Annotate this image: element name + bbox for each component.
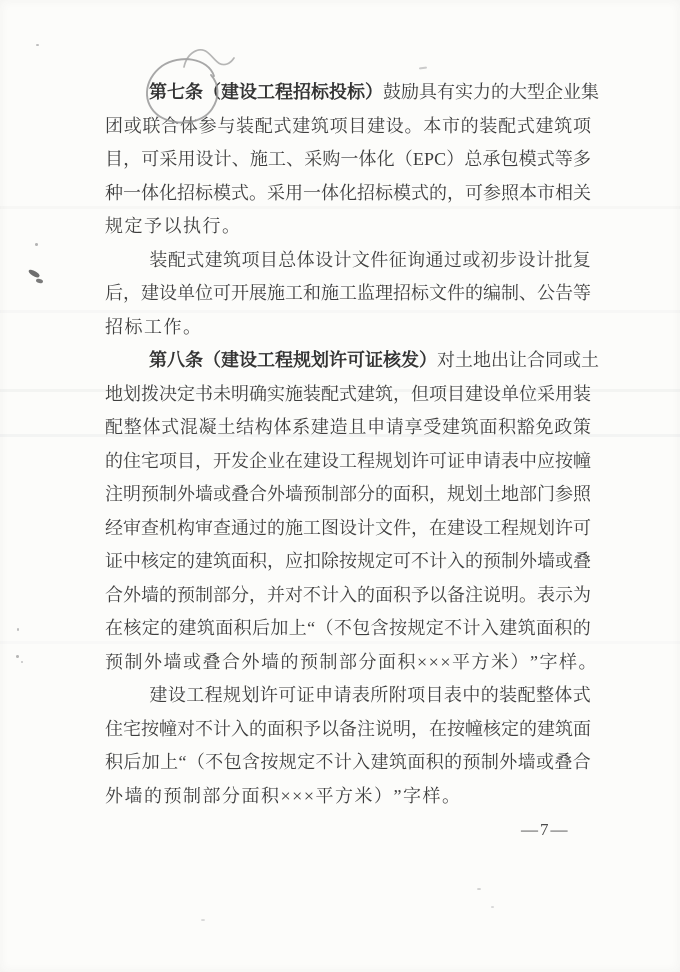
scan-speck — [35, 243, 38, 246]
text-line: 种一体化招标模式。采用一体化招标模式的，可参照本市相关 — [105, 177, 591, 211]
text-line: 合外墙的预制部分，并对不计入的面积予以备注说明。表示为 — [105, 579, 591, 613]
text-line: 预制外墙或叠合外墙的预制部分面积×××平方米）”字样。 — [105, 646, 591, 680]
text-line: 注明预制外墙或叠合外墙预制部分的面积，规划土地部门参照 — [105, 478, 591, 512]
scan-speck — [21, 661, 23, 663]
handwritten-circle-annotation — [134, 46, 242, 132]
scan-speck — [477, 888, 481, 890]
scan-speck — [201, 919, 205, 921]
scan-speck — [17, 628, 19, 631]
page-number: —7— — [521, 820, 570, 840]
scan-speck — [16, 655, 19, 658]
scan-speck — [36, 278, 44, 284]
text-line: 招标工作。 — [105, 311, 591, 345]
text-line: 积后加上“（不包含按规定不计入建筑面积的预制外墙或叠合 — [105, 746, 591, 780]
text-line: 配整体式混凝土结构体系建造且申请享受建筑面积豁免政策 — [105, 411, 591, 445]
text-line: 目，可采用设计、施工、采购一体化（EPC）总承包模式等多 — [105, 143, 591, 177]
scan-speck — [491, 906, 494, 908]
scan-speck — [419, 66, 427, 69]
text-line: 地划拨决定书未明确实施装配式建筑，但项目建设单位采用装 — [105, 378, 591, 412]
scan-speck — [36, 44, 39, 46]
text-line: 装配式建筑项目总体设计文件征询通过或初步设计批复 — [105, 244, 591, 278]
text-line: 的住宅项目，开发企业在建设工程规划许可证申请表中应按幢 — [105, 445, 591, 479]
text-line: 建设工程规划许可证申请表所附项目表中的装配整体式 — [105, 679, 591, 713]
scan-speck — [28, 268, 41, 279]
text-line: 证中核定的建筑面积，应扣除按规定可不计入的预制外墙或叠 — [105, 545, 591, 579]
document-body: 第七条（建设工程招标投标）鼓励具有实力的大型企业集团或联合体参与装配式建筑项目建… — [105, 76, 591, 813]
text-line: 后，建设单位可开展施工和施工监理招标文件的编制、公告等 — [105, 277, 591, 311]
text-line: 规定予以执行。 — [105, 210, 591, 244]
text-line: 住宅按幢对不计入的面积予以备注说明，在按幢核定的建筑面 — [105, 713, 591, 747]
text-line: 经审查机构审查通过的施工图设计文件，在建设工程规划许可 — [105, 512, 591, 546]
text-line: 在核定的建筑面积后加上“（不包含按规定不计入建筑面积的 — [105, 612, 591, 646]
scanned-page: 第七条（建设工程招标投标）鼓励具有实力的大型企业集团或联合体参与装配式建筑项目建… — [0, 0, 680, 972]
text-line: 外墙的预制部分面积×××平方米）”字样。 — [105, 780, 591, 814]
text-line: 第八条（建设工程规划许可证核发）对土地出让合同或土 — [105, 344, 591, 378]
